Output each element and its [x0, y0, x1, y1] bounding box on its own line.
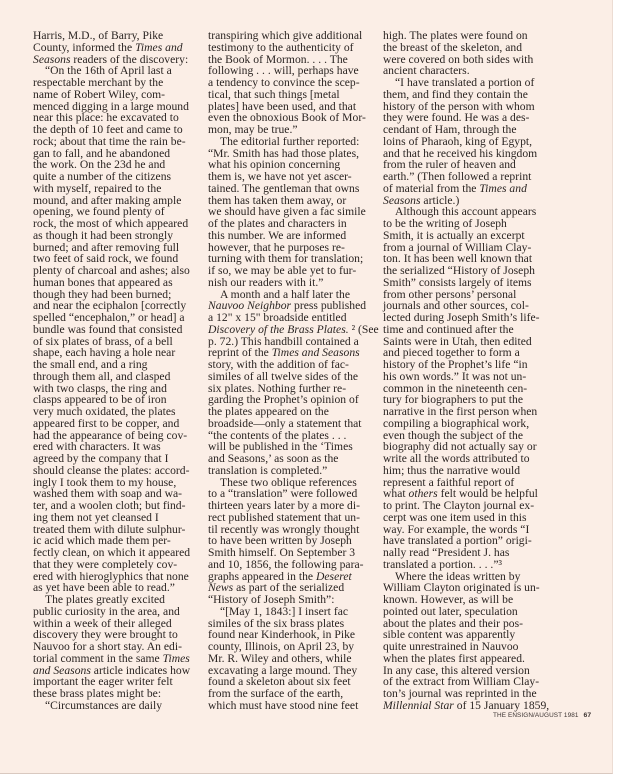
text-line: cendant of Ham, through the: [383, 124, 561, 136]
text-line: to be the writing of Joseph: [383, 218, 561, 230]
italic-title: Millennial Star: [383, 699, 454, 712]
text-line: Smith himself. On September 3: [208, 547, 386, 559]
text-line: county, Illinois, on April 23, by: [208, 641, 386, 653]
text-line: testimony to the authenticity of: [208, 42, 386, 54]
italic-title: Discovery of the Brass Plates.: [208, 323, 349, 336]
text-line: fectly clean, on which it appeared: [33, 547, 211, 559]
text-line: the plates appeared on the: [208, 406, 386, 418]
text-line: appeared first to be copper, and: [33, 418, 211, 430]
italic-title: Times: [163, 652, 190, 665]
text-line: name of Robert Wiley, com-: [33, 89, 211, 101]
text-line: broadside—only a statement that: [208, 418, 386, 430]
text-line: story, with the addition of fac-: [208, 359, 386, 371]
text-line: similes of all twelve sides of the: [208, 371, 386, 383]
page-number: 67: [584, 712, 592, 719]
text-line: bundle was found that consisted: [33, 324, 211, 336]
text-line: Discovery of the Brass Plates. ² (See: [208, 324, 386, 336]
text-line: quite unrestrained in Nauvoo: [383, 641, 561, 653]
publication-line: THE ENSIGN/AUGUST 1981: [493, 712, 579, 719]
text-line: write all the words attributed to: [383, 453, 561, 465]
text-line: “History of Joseph Smith”:: [208, 594, 386, 606]
text-line: the small end, and a ring: [33, 359, 211, 371]
text-line: rect published statement that un-: [208, 512, 386, 524]
magazine-page: Harris, M.D., of Barry, PikeCounty, info…: [0, 0, 613, 774]
text-line: high. The plates were found on: [383, 30, 561, 42]
text-line: rock; about that time the rain be-: [33, 136, 211, 148]
text-column-2: transpiring which give additionaltestimo…: [208, 30, 386, 712]
text-line: a tendency to convince the scep-: [208, 77, 386, 89]
text-line: from the surface of the earth,: [208, 688, 386, 700]
text-line: ter, and a woolen cloth; but find-: [33, 500, 211, 512]
text-line: thirteen years later by a more di-: [208, 500, 386, 512]
text-line: cerpt was one item used in this: [383, 512, 561, 524]
text-line: quite a number of the citizens: [33, 171, 211, 183]
text-line: translated a portion. . . .”³: [383, 559, 561, 571]
text-line: that they were completely cov-: [33, 559, 211, 571]
text-line: “Circumstances are daily: [33, 700, 211, 712]
text-line: lected during Joseph Smith’s life-: [383, 312, 561, 324]
page-footer: THE ENSIGN/AUGUST 198167: [493, 712, 591, 719]
text-line: the serialized “History of Joseph: [383, 265, 561, 277]
text-line: human bones that appeared as: [33, 277, 211, 289]
text-line: and Seasons,’ as soon as the: [208, 453, 386, 465]
text-line: time and continued after the: [383, 324, 561, 336]
text-line: “I have translated a portion of: [383, 77, 561, 89]
text-line: very much oxidated, the plates: [33, 406, 211, 418]
text-line: The editorial further reported:: [208, 136, 386, 148]
text-line: them, and find they contain the: [383, 89, 561, 101]
text-line: earth.” (Then followed a reprint: [383, 171, 561, 183]
text-line: should cleanse the plates: accord-: [33, 465, 211, 477]
text-line: as though it had been strongly: [33, 230, 211, 242]
text-line: with myself, repaired to the: [33, 183, 211, 195]
text-line: to print. The Clayton journal ex-: [383, 500, 561, 512]
text-line: Harris, M.D., of Barry, Pike: [33, 30, 211, 42]
text-line: pointed out later, speculation: [383, 606, 561, 618]
text-line: rock, the most of which appeared: [33, 218, 211, 230]
text-line: Millennial Star of 15 January 1859,: [383, 700, 561, 712]
text-line: and 10, 1856, the following para-: [208, 559, 386, 571]
italic-title: Times and: [135, 41, 183, 54]
text-line: Smith, it is actually an excerpt: [383, 230, 561, 242]
text-line: known. However, as will be: [383, 594, 561, 606]
text-line: narrative in the first person when: [383, 406, 561, 418]
text-line: his own words.” It was not un-: [383, 371, 561, 383]
text-line: these brass plates might be:: [33, 688, 211, 700]
text-line: Smith” consists largely of items: [383, 277, 561, 289]
text-line: the breast of the skeleton, and: [383, 42, 561, 54]
text-line: plenty of charcoal and ashes; also: [33, 265, 211, 277]
text-line: tained. The gentleman that owns: [208, 183, 386, 195]
text-line: tical, that such things [metal: [208, 89, 386, 101]
text-line: this number. We are informed: [208, 230, 386, 242]
text-line: agreed by the company that I: [33, 453, 211, 465]
text-column-3: high. The plates were found onthe breast…: [383, 30, 561, 712]
text-line: “[May 1, 1843:] I insert fac: [208, 606, 386, 618]
text-line: nally read “President J. has: [383, 547, 561, 559]
text-line: which must have stood nine feet: [208, 700, 386, 712]
text-line: history of the Prophet’s life “in: [383, 359, 561, 371]
text-line: mon, may be true.”: [208, 124, 386, 136]
text-line: compiling a biographical work,: [383, 418, 561, 430]
text-line: him; thus the narrative would: [383, 465, 561, 477]
italic-title: Times and: [479, 182, 527, 195]
text-line: spelled “encephalon,” or head] a: [33, 312, 211, 324]
text-line: respectable merchant by the: [33, 77, 211, 89]
text-line: if so, we may be able yet to fur-: [208, 265, 386, 277]
text-line: transpiring which give additional: [208, 30, 386, 42]
text-line: loins of Pharaoh, king of Egypt,: [383, 136, 561, 148]
text-line: The plates greatly excited: [33, 594, 211, 606]
text-column-1: Harris, M.D., of Barry, PikeCounty, info…: [33, 30, 211, 712]
text-line: them is, we have not yet ascer-: [208, 171, 386, 183]
text-line: translation is completed.”: [208, 465, 386, 477]
text-line: ing them not yet cleansed I: [33, 512, 211, 524]
text-line: when the plates first appeared.: [383, 653, 561, 665]
text-line: through them all, and clasped: [33, 371, 211, 383]
text-line: public curiosity in the area, and: [33, 606, 211, 618]
text-line: nish our readers with it.”: [208, 277, 386, 289]
text-line: Mr. R. Wiley and others, while: [208, 653, 386, 665]
text-line: the depth of 10 feet and came to: [33, 124, 211, 136]
text-line: of the plates and characters in: [208, 218, 386, 230]
